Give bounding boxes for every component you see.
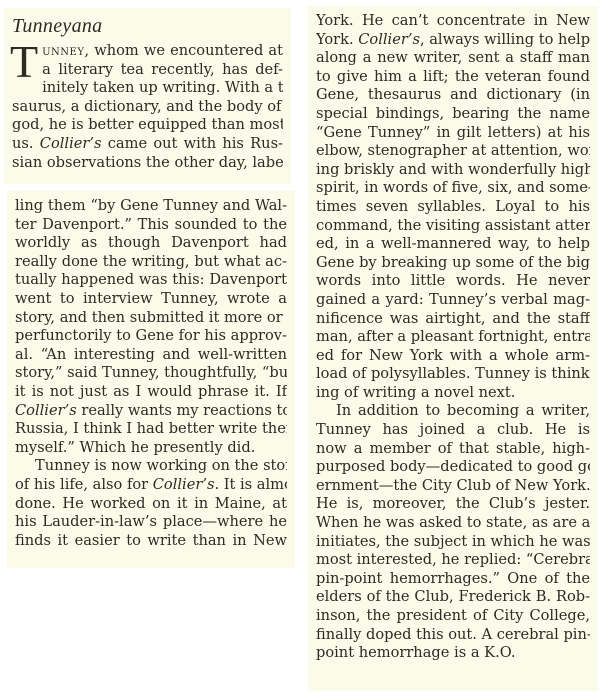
text-line: Gene, thesaurus and dictionary (in bbox=[316, 86, 590, 105]
publication-name: Collier’s bbox=[40, 135, 102, 152]
text-line: finds it easier to write than in New bbox=[15, 532, 287, 551]
text-line: command, the visiting assistant attempt- bbox=[316, 217, 590, 236]
text-line: finally doped this out. A cerebral pin- bbox=[316, 626, 590, 645]
text-line: ing briskly and with wonderfully high bbox=[316, 161, 590, 180]
text-line: along a new writer, sent a staff man bbox=[316, 49, 590, 68]
text-line: load of polysyllables. Tunney is think- bbox=[316, 365, 590, 384]
text-line: nificence was airtight, and the staff bbox=[316, 310, 590, 329]
text-line: ed, in a well-mannered way, to help bbox=[316, 235, 590, 254]
text-line: ed for New York with a whole arm- bbox=[316, 347, 590, 366]
text-line: a literary tea recently, has def- bbox=[42, 61, 283, 80]
article-title: Tunneyana bbox=[12, 14, 283, 38]
text-line: ter Davenport.” This sounded to the bbox=[15, 216, 287, 235]
text-line: now a member of that stable, high- bbox=[316, 440, 590, 459]
publication-name: Collier’s bbox=[358, 31, 420, 48]
opening-paragraph: T unney, whom we encountered at a litera… bbox=[12, 42, 283, 172]
text-line: it is not just as I would phrase it. If bbox=[15, 383, 287, 402]
text-line: tually happened was this: Davenport bbox=[15, 271, 287, 290]
text-line: man, after a pleasant fortnight, entrain… bbox=[316, 328, 590, 347]
text-line: sian observations the other day, label- bbox=[12, 154, 283, 173]
text-line: Gene by breaking up some of the big bbox=[316, 254, 590, 273]
text-line: al. “An interesting and well-written bbox=[15, 346, 287, 365]
text-line: done. He worked on it in Maine, at bbox=[15, 495, 287, 514]
text-line: to give him a lift; the veteran found bbox=[316, 68, 590, 87]
text-line: ernment—the City Club of New York. bbox=[316, 477, 590, 496]
text-line: pin-point hemorrhages.” One of the bbox=[316, 570, 590, 589]
text-line: spirit, in words of five, six, and some- bbox=[316, 179, 590, 198]
text-line: elbow, stenographer at attention, work- bbox=[316, 142, 590, 161]
text-line: went to interview Tunney, wrote a bbox=[15, 290, 287, 309]
publication-name: Collier’s bbox=[153, 476, 215, 493]
publication-name: Collier’s bbox=[15, 402, 77, 419]
text-line: York. Collier’s, always willing to help bbox=[316, 31, 590, 50]
text-line: story, and then submitted it more or les… bbox=[15, 309, 287, 328]
text-line: saurus, a dictionary, and the body of a bbox=[12, 98, 283, 117]
text-line: He is, moreover, the Club’s jester. bbox=[316, 495, 590, 514]
text-line: Collier’s really wants my reactions to bbox=[15, 402, 287, 421]
opening-smallcaps: unney bbox=[42, 42, 84, 59]
text-line: Tunney is now working on the story bbox=[15, 457, 287, 476]
article-panel-top-left: Tunneyana T unney, whom we encountered a… bbox=[4, 8, 291, 184]
article-panel-right: York. He can’t concentrate in New York. … bbox=[308, 6, 598, 691]
text-line: perfunctorily to Gene for his approv- bbox=[15, 327, 287, 346]
text-line: initiates, the subject in which he was bbox=[316, 533, 590, 552]
text-line: gained a yard: Tunney’s verbal mag- bbox=[316, 291, 590, 310]
text-line: When he was asked to state, as are all bbox=[316, 514, 590, 533]
text-line: most interested, he replied: “Cerebral bbox=[316, 551, 590, 570]
text-line: special bindings, bearing the name bbox=[316, 105, 590, 124]
text-line: ing of writing a novel next. bbox=[316, 384, 590, 403]
text-line: York. He can’t concentrate in New bbox=[316, 12, 590, 31]
text-line: god, he is better equipped than most of bbox=[12, 116, 283, 135]
text-line: times seven syllables. Loyal to his bbox=[316, 198, 590, 217]
drop-cap: T bbox=[10, 44, 38, 80]
text-line: really done the writing, but what ac- bbox=[15, 253, 287, 272]
text-line: inson, the president of City College, bbox=[316, 607, 590, 626]
text-line: us. Collier’s came out with his Rus- bbox=[12, 135, 283, 154]
text-line: of his life, also for Collier’s. It is a… bbox=[15, 476, 287, 495]
text-line: elders of the Club, Frederick B. Rob- bbox=[316, 588, 590, 607]
text-line: purposed body—dedicated to good gov- bbox=[316, 458, 590, 477]
text-line: ling them “by Gene Tunney and Wal- bbox=[15, 197, 287, 216]
text-line: initely taken up writing. With a the- bbox=[42, 79, 283, 98]
text-line: “Gene Tunney” in gilt letters) at his bbox=[316, 124, 590, 143]
text-line: worldly as though Davenport had bbox=[15, 234, 287, 253]
text-line: Russia, I think I had better write them bbox=[15, 420, 287, 439]
article-panel-bottom-left: ling them “by Gene Tunney and Wal- ter D… bbox=[7, 191, 295, 568]
text-line: point hemorrhage is a K.O. bbox=[316, 644, 590, 663]
text-line: his Lauder-in-law’s place—where he bbox=[15, 513, 287, 532]
text-line: In addition to becoming a writer, bbox=[316, 402, 590, 421]
text-line: words into little words. He never bbox=[316, 272, 590, 291]
text-line: Tunney has joined a club. He is bbox=[316, 421, 590, 440]
text-line: story,” said Tunney, thoughtfully, “but bbox=[15, 364, 287, 383]
text-line: myself.” Which he presently did. bbox=[15, 439, 287, 458]
text-line: unney, whom we encountered at bbox=[42, 42, 283, 61]
